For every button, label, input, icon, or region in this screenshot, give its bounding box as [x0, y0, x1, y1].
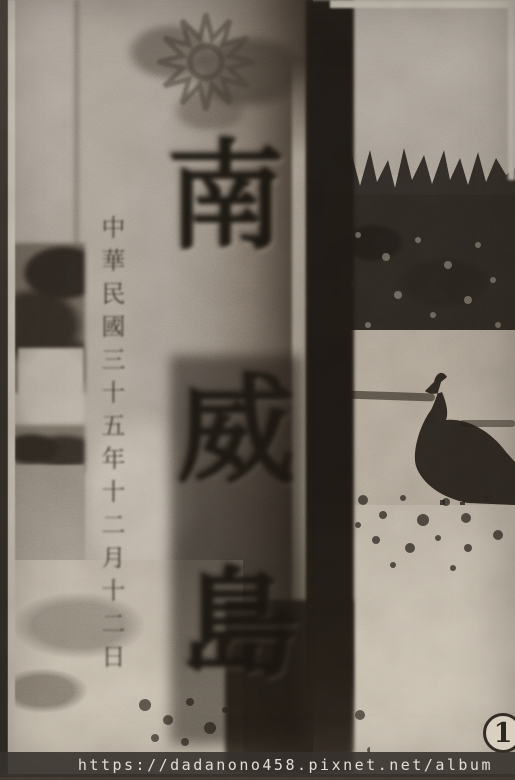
sun-emblem-icon — [140, 0, 275, 125]
photo-border-top — [330, 0, 515, 8]
main-inscription-char-1: 南 — [156, 138, 296, 256]
page-number-badge: 1 — [483, 713, 515, 753]
rubble-speckles-right — [348, 480, 515, 580]
inscription-shadow — [170, 355, 302, 745]
sun-core — [190, 46, 222, 78]
sun-rays — [158, 14, 254, 110]
photo-border-left-dark — [0, 0, 8, 780]
side-inscription-date: 中華民國三十五年十二月十二日 — [94, 215, 129, 685]
sky-left — [13, 0, 83, 270]
fallen-log — [345, 390, 435, 401]
midground-left — [13, 465, 85, 575]
photo-border-left-light — [8, 0, 15, 780]
photo-border-right — [508, 0, 515, 180]
watermark-url: https://dadanono458.pixnet.net/album — [78, 756, 493, 774]
watermark-bar: https://dadanono458.pixnet.net/album — [0, 752, 515, 777]
old-photo-nanwei-island-stele: 南 威 島 中華民國三十五年十二月十二日 https://dadanono458… — [0, 0, 515, 780]
